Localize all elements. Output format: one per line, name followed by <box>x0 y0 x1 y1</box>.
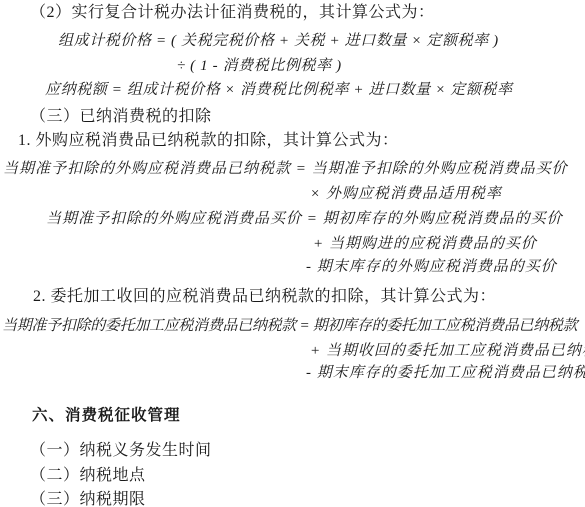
paragraph-purchased-deduction-intro: 1. 外购应税消费品已纳税款的扣除，其计算公式为： <box>18 133 399 149</box>
formula-purchased-price-line2: + 当期购进的应税消费品的买价 <box>313 237 537 252</box>
formula-commissioned-paid-tax-line3: - 期末库存的委托加工应税消费品已纳税款 <box>306 366 585 381</box>
document-page: （2）实行复合计税办法计征消费税的，其计算公式为： 组成计税价格 = ( 关税完… <box>0 0 585 507</box>
formula-composite-price-line1: 组成计税价格 = ( 关税完税价格 + 关税 + 进口数量 × 定额税率 ) <box>58 34 499 49</box>
paragraph-commissioned-deduction-intro: 2. 委托加工收回的应税消费品已纳税款的扣除，其计算公式为： <box>33 289 496 305</box>
list-item-tax-period: （三）纳税期限 <box>30 492 146 507</box>
formula-purchased-price-line3: - 期末库存的外购应税消费品的买价 <box>306 260 557 275</box>
heading-paid-tax-deduction: （三）已纳消费税的扣除 <box>30 109 212 125</box>
paragraph-compound-method-intro: （2）实行复合计税办法计征消费税的，其计算公式为： <box>30 5 435 21</box>
list-item-tax-place: （二）纳税地点 <box>30 468 146 484</box>
formula-commissioned-paid-tax-line2: + 当期收回的委托加工应税消费品已纳税款 <box>310 344 585 359</box>
formula-tax-payable: 应纳税额 = 组成计税价格 × 消费税比例税率 + 进口数量 × 定额税率 <box>45 83 513 98</box>
formula-purchased-paid-tax-line1: 当期准予扣除的外购应税消费品已纳税款 = 当期准予扣除的外购应税消费品买价 <box>3 162 568 177</box>
heading-collection-administration: 六、消费税征收管理 <box>32 408 181 424</box>
formula-purchased-price-line1: 当期准予扣除的外购应税消费品买价 = 期初库存的外购应税消费品的买价 <box>46 212 563 227</box>
formula-composite-price-line2: ÷ ( 1 - 消费税比例税率 ) <box>177 59 342 74</box>
list-item-tax-obligation-time: （一）纳税义务发生时间 <box>30 443 212 459</box>
formula-purchased-paid-tax-line2: × 外购应税消费品适用税率 <box>310 187 502 202</box>
formula-commissioned-paid-tax-line1: 当期准予扣除的委托加工应税消费品已纳税款 = 期初库存的委托加工应税消费品已纳税… <box>2 319 577 334</box>
